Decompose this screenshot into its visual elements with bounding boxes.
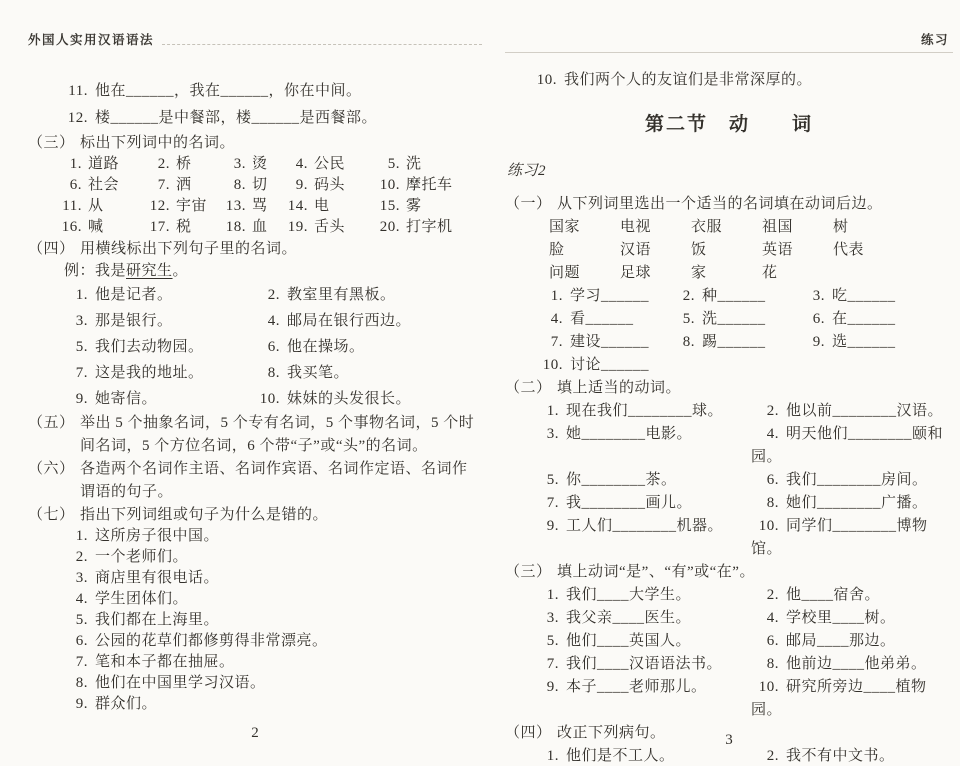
exercise-item: 8.他们在中国里学习汉语。 bbox=[62, 673, 482, 694]
section-title: 填上动词“是”、“有”或“在”。 bbox=[557, 561, 953, 584]
word-item: 17.税 bbox=[146, 217, 222, 238]
section-label: （七） bbox=[28, 504, 80, 526]
item-number: 6. bbox=[62, 631, 88, 652]
item-text: 工人们________机器。 bbox=[566, 518, 723, 534]
word-number: 6. bbox=[58, 175, 82, 196]
item-text: 他以前________汉语。 bbox=[786, 403, 943, 419]
right-page: 练习 10.我们两个人的友谊们是非常深厚的。 第二节 动 词 练习2 （一） 从… bbox=[505, 30, 953, 766]
item-text: 我________画儿。 bbox=[566, 495, 692, 511]
fill-in-item: 2.种______ bbox=[667, 285, 797, 308]
word-item: 5.洗 bbox=[376, 154, 482, 175]
item-text: 他前边____他弟弟。 bbox=[786, 656, 927, 672]
chapter-running-title: 练习 bbox=[921, 30, 949, 48]
item-number: 1. bbox=[62, 526, 88, 547]
item-number: 9. bbox=[797, 331, 825, 354]
section-title: 填上适当的动词。 bbox=[557, 377, 953, 400]
item-number: 5. bbox=[62, 610, 88, 631]
item-text: 学校里____树。 bbox=[786, 610, 896, 626]
item-number: 8. bbox=[751, 653, 779, 676]
word-bank-item: 脸 bbox=[549, 239, 620, 262]
word-text: 舌头 bbox=[314, 219, 345, 235]
item-number: 6. bbox=[751, 630, 779, 653]
section-title: 举出 5 个抽象名词，5 个专有名词，5 个事物名词，5 个时间名词，5 个方位… bbox=[80, 412, 482, 458]
word-item: 2.桥 bbox=[146, 154, 222, 175]
word-text: 洗 bbox=[406, 156, 422, 172]
word-text: 摩托车 bbox=[406, 177, 453, 193]
fill-in-item: 1.学习______ bbox=[535, 285, 667, 308]
exercise-item: 11.他在______，我在______，你在中间。 bbox=[62, 78, 482, 105]
fill-in-item: 3.吃______ bbox=[797, 285, 953, 308]
fill-in-item: 9.本子____老师那儿。 bbox=[531, 676, 751, 722]
section-1-items: 1.学习______ 2.种______ 3.吃______ 4.看______… bbox=[535, 285, 953, 377]
word-text: 桥 bbox=[176, 156, 192, 172]
word-text: 喊 bbox=[88, 219, 104, 235]
word-number: 3. bbox=[222, 154, 246, 175]
left-running-head: 外国人实用汉语语法 bbox=[28, 30, 482, 48]
exercise-item: 9.群众们。 bbox=[62, 694, 482, 715]
fill-in-item: 1.我们____大学生。 bbox=[531, 584, 751, 607]
word-bank-item: 问题 bbox=[549, 262, 620, 285]
word-item: 10.摩托车 bbox=[376, 175, 482, 196]
item-text: 他是记者。 bbox=[95, 287, 173, 303]
exercise-item: 5.我们都在上海里。 bbox=[62, 610, 482, 631]
section-label: （三） bbox=[28, 132, 80, 154]
word-bank-item: 树 bbox=[833, 216, 953, 239]
item-text: 那是银行。 bbox=[95, 313, 173, 329]
item-text: 这所房子很中国。 bbox=[95, 528, 219, 544]
word-text: 切 bbox=[252, 177, 268, 193]
fill-in-item: 8.他前边____他弟弟。 bbox=[751, 653, 953, 676]
section-5: （五） 举出 5 个抽象名词，5 个专有名词，5 个事物名词，5 个时间名词，5… bbox=[28, 412, 482, 458]
item-text: 群众们。 bbox=[95, 696, 157, 712]
section-3-items: 1.我们____大学生。 2.他____宿舍。 3.我父亲____医生。 4.学… bbox=[531, 584, 953, 722]
item-number: 1. bbox=[535, 285, 563, 308]
item-number: 3. bbox=[62, 568, 88, 589]
word-text: 社会 bbox=[88, 177, 119, 193]
word-item: 6.社会 bbox=[58, 175, 146, 196]
item-text: 她________电影。 bbox=[566, 426, 692, 442]
fill-in-item: 3.她________电影。 bbox=[531, 423, 751, 469]
word-text: 税 bbox=[176, 219, 192, 235]
word-item: 1.道路 bbox=[58, 154, 146, 175]
item-text: 她寄信。 bbox=[95, 391, 157, 407]
word-bank-item: 代表 bbox=[833, 239, 953, 262]
book-title: 外国人实用汉语语法 bbox=[28, 30, 154, 48]
item-number: 1. bbox=[531, 400, 559, 423]
word-item: 16.喊 bbox=[58, 217, 146, 238]
fill-in-item: 9.选______ bbox=[797, 331, 953, 354]
word-number: 2. bbox=[146, 154, 170, 175]
item-text: 一个老师们。 bbox=[95, 549, 188, 565]
word-number: 13. bbox=[222, 196, 246, 217]
item-number: 5. bbox=[531, 469, 559, 492]
section-7-items: 1.这所房子很中国。 2.一个老师们。 3.商店里有很电话。 4.学生团体们。 … bbox=[62, 526, 482, 715]
word-number: 19. bbox=[284, 217, 308, 238]
item-number: 9. bbox=[531, 676, 559, 699]
item-text: 洗______ bbox=[702, 311, 766, 327]
item-number: 8. bbox=[751, 492, 779, 515]
section-2-heading: （二） 填上适当的动词。 bbox=[505, 377, 953, 400]
item-number: 10. bbox=[751, 676, 779, 699]
word-item: 7.洒 bbox=[146, 175, 222, 196]
exercise-item: 4.学生团体们。 bbox=[62, 589, 482, 610]
word-text: 烫 bbox=[252, 156, 268, 172]
item-number: 7. bbox=[531, 492, 559, 515]
item-text: 我们____汉语语法书。 bbox=[566, 656, 722, 672]
exercise-item: 8.我买笔。 bbox=[254, 360, 482, 386]
item-text: 我们去动物园。 bbox=[95, 339, 204, 355]
word-item: 3.烫 bbox=[222, 154, 284, 175]
item-text: 她们________广播。 bbox=[786, 495, 928, 511]
item-number: 3. bbox=[797, 285, 825, 308]
right-page-number: 3 bbox=[505, 732, 953, 749]
item-number: 7. bbox=[535, 331, 563, 354]
word-item: 18.血 bbox=[222, 217, 284, 238]
example-underlined-noun: 研究生 bbox=[126, 263, 173, 279]
fill-in-item: 3.我父亲____医生。 bbox=[531, 607, 751, 630]
item-text: 公园的花草们都修剪得非常漂亮。 bbox=[95, 633, 328, 649]
item-text: 选______ bbox=[832, 334, 896, 350]
item-number: 11. bbox=[62, 78, 88, 105]
item-text: 建设______ bbox=[570, 334, 649, 350]
item-text: 笔和本子都在抽屉。 bbox=[95, 654, 235, 670]
word-number: 17. bbox=[146, 217, 170, 238]
word-number: 7. bbox=[146, 175, 170, 196]
word-item: 20.打字机 bbox=[376, 217, 482, 238]
item-number: 7. bbox=[62, 652, 88, 673]
item-text: 现在我们________球。 bbox=[566, 403, 723, 419]
item-number: 8. bbox=[62, 673, 88, 694]
word-text: 公民 bbox=[314, 156, 345, 172]
item-number: 12. bbox=[62, 105, 88, 132]
word-bank-item: 国家 bbox=[549, 216, 620, 239]
example-sentence: 例：我是研究生。 bbox=[64, 260, 482, 282]
item-text: 他____宿舍。 bbox=[786, 587, 880, 603]
fill-in-item: 6.我们________房间。 bbox=[751, 469, 953, 492]
book-spread: 外国人实用汉语语法 11.他在______，我在______，你在中间。 12.… bbox=[0, 0, 960, 766]
item-number: 3. bbox=[531, 423, 559, 446]
word-item: 13.骂 bbox=[222, 196, 284, 217]
word-number: 18. bbox=[222, 217, 246, 238]
exercise-item: 9.她寄信。 bbox=[62, 386, 254, 412]
exercise-item: 6.公园的花草们都修剪得非常漂亮。 bbox=[62, 631, 482, 652]
word-item: 19.舌头 bbox=[284, 217, 376, 238]
section-4-heading: （四） 用横线标出下列句子里的名词。 bbox=[28, 238, 482, 260]
item-number: 6. bbox=[751, 469, 779, 492]
item-number: 6. bbox=[797, 308, 825, 331]
word-text: 电 bbox=[314, 198, 330, 214]
fill-in-item: 10.研究所旁边____植物园。 bbox=[751, 676, 953, 722]
item-text: 我买笔。 bbox=[287, 365, 349, 381]
section-title: 用横线标出下列句子里的名词。 bbox=[80, 238, 482, 260]
item-number: 4. bbox=[751, 607, 779, 630]
section-1-heading: （一） 从下列词里选出一个适当的名词填在动词后边。 bbox=[505, 193, 953, 216]
item-text: 教室里有黑板。 bbox=[287, 287, 396, 303]
item-number: 9. bbox=[62, 386, 88, 412]
word-bank-item: 足球 bbox=[620, 262, 691, 285]
word-bank-item: 饭 bbox=[691, 239, 762, 262]
exercise-item: 7.笔和本子都在抽屉。 bbox=[62, 652, 482, 673]
fill-in-item: 6.邮局____那边。 bbox=[751, 630, 953, 653]
item-number: 5. bbox=[62, 334, 88, 360]
item-number: 2. bbox=[667, 285, 695, 308]
word-item: 14.电 bbox=[284, 196, 376, 217]
fill-in-item: 6.在______ bbox=[797, 308, 953, 331]
fill-in-item: 4.明天他们________颐和园。 bbox=[751, 423, 953, 469]
item-number: 7. bbox=[531, 653, 559, 676]
item-number: 9. bbox=[62, 694, 88, 715]
fill-in-item: 1.现在我们________球。 bbox=[531, 400, 751, 423]
word-number: 12. bbox=[146, 196, 170, 217]
word-number: 15. bbox=[376, 196, 400, 217]
section-title: 从下列词里选出一个适当的名词填在动词后边。 bbox=[557, 193, 953, 216]
left-page: 外国人实用汉语语法 11.他在______，我在______，你在中间。 12.… bbox=[28, 30, 482, 715]
fill-in-item: 7.我________画儿。 bbox=[531, 492, 751, 515]
word-bank-item: 祖国 bbox=[762, 216, 833, 239]
word-text: 雾 bbox=[406, 198, 422, 214]
word-text: 骂 bbox=[252, 198, 268, 214]
word-bank-item: 衣服 bbox=[691, 216, 762, 239]
item-text: 种______ bbox=[702, 288, 766, 304]
item-text: 本子____老师那儿。 bbox=[566, 679, 707, 695]
section-3-heading: （三） 标出下列词中的名词。 bbox=[28, 132, 482, 154]
word-bank-item: 花 bbox=[762, 262, 833, 285]
word-number: 20. bbox=[376, 217, 400, 238]
exercise-item: 5.我们去动物园。 bbox=[62, 334, 254, 360]
exercise-item: 3.商店里有很电话。 bbox=[62, 568, 482, 589]
word-number: 16. bbox=[58, 217, 82, 238]
word-item: 11.从 bbox=[58, 196, 146, 217]
item-text: 他在______，我在______，你在中间。 bbox=[95, 83, 362, 99]
word-item: 12.宇宙 bbox=[146, 196, 222, 217]
item-text: 他在操场。 bbox=[287, 339, 365, 355]
word-text: 血 bbox=[252, 219, 268, 235]
fill-in-item: 2.他以前________汉语。 bbox=[751, 400, 953, 423]
word-item: 8.切 bbox=[222, 175, 284, 196]
fill-in-item: 5.你________茶。 bbox=[531, 469, 751, 492]
exercise-item: 7.这是我的地址。 bbox=[62, 360, 254, 386]
word-number: 1. bbox=[58, 154, 82, 175]
word-text: 洒 bbox=[176, 177, 192, 193]
exercise-item: 10.妹妹的头发很长。 bbox=[254, 386, 482, 412]
item-text: 学习______ bbox=[570, 288, 649, 304]
section-title: 标出下列词中的名词。 bbox=[80, 132, 482, 154]
item-text: 妹妹的头发很长。 bbox=[287, 391, 411, 407]
word-item: 9.码头 bbox=[284, 175, 376, 196]
fill-in-item: 4.学校里____树。 bbox=[751, 607, 953, 630]
item-number: 8. bbox=[254, 360, 280, 386]
item-text: 我们____大学生。 bbox=[566, 587, 691, 603]
section-title: 指出下列词组或句子为什么是错的。 bbox=[80, 504, 482, 526]
word-number: 5. bbox=[376, 154, 400, 175]
item-number: 3. bbox=[62, 308, 88, 334]
section-label: （四） bbox=[28, 238, 80, 260]
word-item: 15.雾 bbox=[376, 196, 482, 217]
item-number: 10. bbox=[254, 386, 280, 412]
word-number: 11. bbox=[58, 196, 82, 217]
item-number: 5. bbox=[667, 308, 695, 331]
item-number: 10. bbox=[535, 354, 563, 377]
item-text: 踢______ bbox=[702, 334, 766, 350]
word-bank-item: 英语 bbox=[762, 239, 833, 262]
section-label: （六） bbox=[28, 458, 80, 481]
item-text: 商店里有很电话。 bbox=[95, 570, 219, 586]
item-text: 吃______ bbox=[832, 288, 896, 304]
item-text: 我们都在上海里。 bbox=[95, 612, 219, 628]
exercise-item: 4.邮局在银行西边。 bbox=[254, 308, 482, 334]
fill-in-item: 7.我们____汉语语法书。 bbox=[531, 653, 751, 676]
item-number: 1. bbox=[531, 584, 559, 607]
item-text: 他们____英国人。 bbox=[566, 633, 691, 649]
word-text: 打字机 bbox=[406, 219, 453, 235]
word-bank: 国家电视衣服祖国树脸汉语饭英语代表问题足球家花 bbox=[549, 216, 953, 285]
example-suffix: 。 bbox=[173, 263, 189, 279]
item-number: 3. bbox=[531, 607, 559, 630]
section-label: （三） bbox=[505, 561, 557, 584]
section-3-heading: （三） 填上动词“是”、“有”或“在”。 bbox=[505, 561, 953, 584]
exercise-label: 练习2 bbox=[507, 160, 953, 183]
item-number: 4. bbox=[62, 589, 88, 610]
exercise-item: 2.一个老师们。 bbox=[62, 547, 482, 568]
item-text: 我们两个人的友谊们是非常深厚的。 bbox=[564, 72, 812, 88]
item-text: 在______ bbox=[832, 311, 896, 327]
fill-in-item: 7.建设______ bbox=[535, 331, 667, 354]
word-bank-item: 电视 bbox=[620, 216, 691, 239]
left-page-number: 2 bbox=[28, 725, 482, 742]
item-text: 我们________房间。 bbox=[786, 472, 928, 488]
header-rule bbox=[162, 44, 482, 45]
exercise-item: 6.他在操场。 bbox=[254, 334, 482, 360]
word-text: 道路 bbox=[88, 156, 119, 172]
item-text: 你________茶。 bbox=[566, 472, 677, 488]
fill-in-item: 5.洗______ bbox=[667, 308, 797, 331]
exercise-item: 2.教室里有黑板。 bbox=[254, 282, 482, 308]
exercise-item: 12.楼______是中餐部，楼______是西餐部。 bbox=[62, 105, 482, 132]
item-text: 邮局在银行西边。 bbox=[287, 313, 411, 329]
item-text: 楼______是中餐部，楼______是西餐部。 bbox=[95, 110, 377, 126]
item-text: 明天他们________颐和园。 bbox=[751, 426, 943, 465]
section-label: （一） bbox=[505, 193, 557, 216]
item-number: 2. bbox=[254, 282, 280, 308]
item-number: 2. bbox=[751, 584, 779, 607]
item-number: 1. bbox=[62, 282, 88, 308]
section-title: 各造两个名词作主语、名词作宾语、名词作定语、名词作谓语的句子。 bbox=[80, 458, 482, 504]
right-running-head: 练习 bbox=[505, 30, 953, 53]
item-number: 4. bbox=[751, 423, 779, 446]
item-number: 2. bbox=[62, 547, 88, 568]
exercise-item: 1.他是记者。 bbox=[62, 282, 254, 308]
word-bank-item: 汉语 bbox=[620, 239, 691, 262]
item-number: 8. bbox=[667, 331, 695, 354]
exercise-item: 1.这所房子很中国。 bbox=[62, 526, 482, 547]
item-number: 4. bbox=[254, 308, 280, 334]
item-text: 邮局____那边。 bbox=[786, 633, 896, 649]
fill-in-item: 4.看______ bbox=[535, 308, 667, 331]
item-number: 6. bbox=[254, 334, 280, 360]
item-text: 看______ bbox=[570, 311, 634, 327]
word-text: 码头 bbox=[314, 177, 345, 193]
item-text: 他们在中国里学习汉语。 bbox=[95, 675, 266, 691]
section-heading: 第二节 动 词 bbox=[505, 112, 953, 138]
word-text: 宇宙 bbox=[176, 198, 207, 214]
exercise-item: 3.那是银行。 bbox=[62, 308, 254, 334]
example-prefix: 例：我是 bbox=[64, 263, 126, 279]
word-bank-item: 家 bbox=[691, 262, 762, 285]
word-text: 从 bbox=[88, 198, 104, 214]
item-text: 讨论______ bbox=[570, 357, 649, 373]
word-number: 9. bbox=[284, 175, 308, 196]
word-item: 4.公民 bbox=[284, 154, 376, 175]
word-number: 10. bbox=[376, 175, 400, 196]
fill-in-item: 9.工人们________机器。 bbox=[531, 515, 751, 561]
item-number: 2. bbox=[751, 400, 779, 423]
carryover-item: 10.我们两个人的友谊们是非常深厚的。 bbox=[529, 69, 953, 92]
section-2-items: 1.现在我们________球。 2.他以前________汉语。 3.她___… bbox=[531, 400, 953, 561]
fill-in-item: 8.踢______ bbox=[667, 331, 797, 354]
item-number: 7. bbox=[62, 360, 88, 386]
fill-in-item: 2.他____宿舍。 bbox=[751, 584, 953, 607]
item-number: 10. bbox=[529, 69, 557, 92]
fill-in-item: 10.讨论______ bbox=[535, 354, 667, 377]
noun-word-list: 1.道路 2.桥 3.烫 4.公民 5.洗 6.社会 7.洒 8.切 9.码头 bbox=[58, 154, 482, 238]
fill-in-item: 8.她们________广播。 bbox=[751, 492, 953, 515]
item-text: 学生团体们。 bbox=[95, 591, 188, 607]
item-number: 10. bbox=[751, 515, 779, 538]
item-number: 9. bbox=[531, 515, 559, 538]
item-text: 我不有中文书。 bbox=[786, 748, 895, 764]
item-number: 5. bbox=[531, 630, 559, 653]
section-label: （二） bbox=[505, 377, 557, 400]
word-number: 8. bbox=[222, 175, 246, 196]
section-7-heading: （七） 指出下列词组或句子为什么是错的。 bbox=[28, 504, 482, 526]
section-4-items: 1.他是记者。 2.教室里有黑板。 3.那是银行。 4.邮局在银行西边。 5.我… bbox=[62, 282, 482, 412]
carryover-items: 11.他在______，我在______，你在中间。 12.楼______是中餐… bbox=[62, 78, 482, 132]
word-number: 4. bbox=[284, 154, 308, 175]
fill-in-item: 10.同学们________博物馆。 bbox=[751, 515, 953, 561]
item-number: 4. bbox=[535, 308, 563, 331]
item-text: 我父亲____医生。 bbox=[566, 610, 691, 626]
word-number: 14. bbox=[284, 196, 308, 217]
item-text: 这是我的地址。 bbox=[95, 365, 204, 381]
fill-in-item: 5.他们____英国人。 bbox=[531, 630, 751, 653]
section-label: （五） bbox=[28, 412, 80, 435]
section-6: （六） 各造两个名词作主语、名词作宾语、名词作定语、名词作谓语的句子。 bbox=[28, 458, 482, 504]
item-text: 他们是不工人。 bbox=[566, 748, 675, 764]
